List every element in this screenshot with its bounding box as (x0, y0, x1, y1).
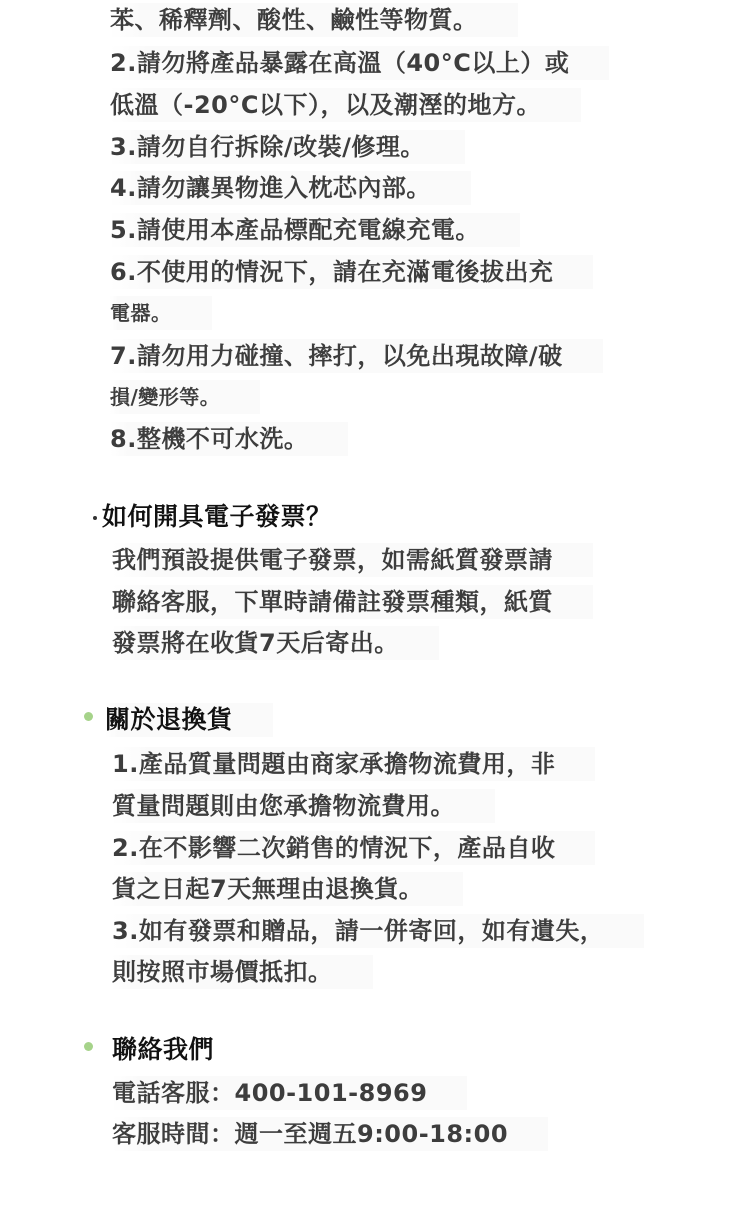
invoice-line: 發票將在收貨7天后寄出。 (112, 626, 439, 660)
care-note-line: 苯、稀釋劑、酸性、鹼性等物質。 (110, 3, 518, 37)
returns-item-2: 2.在不影響二次銷售的情況下，產品自收 (112, 831, 595, 865)
contact-phone: 電話客服：400-101-8969 (112, 1076, 467, 1110)
care-note-item-2-cont: 低溫（-20°C以下），以及潮溼的地方。 (110, 88, 581, 122)
contact-hours: 客服時間：週一至週五9:00-18:00 (112, 1117, 548, 1151)
returns-item-1: 1.產品質量問題由商家承擔物流費用，非 (112, 747, 595, 781)
care-note-item-3: 3.請勿自行拆除/改裝/修理。 (110, 130, 465, 164)
bullet-dot-icon (93, 516, 97, 520)
invoice-heading: 如何開具電子發票？ (102, 500, 372, 534)
returns-heading: 關於退換貨 (105, 703, 273, 737)
contact-heading: 聯絡我們 (112, 1033, 254, 1067)
care-note-item-7-cont: 損/變形等。 (110, 380, 260, 414)
care-note-item-2: 2.請勿將產品暴露在高溫（40°C以上）或 (110, 46, 609, 80)
green-bullet-icon (84, 1042, 93, 1051)
care-note-item-8: 8.整機不可水洗。 (110, 422, 348, 456)
returns-item-1-cont: 質量問題則由您承擔物流費用。 (112, 789, 495, 823)
care-note-item-7: 7.請勿用力碰撞、摔打，以免出現故障/破 (110, 339, 603, 373)
care-note-item-4: 4.請勿讓異物進入枕芯內部。 (110, 171, 471, 205)
green-bullet-icon (84, 712, 93, 721)
invoice-line: 我們預設提供電子發票，如需紙質發票請 (112, 543, 593, 577)
returns-item-3: 3.如有發票和贈品，請一併寄回，如有遺失， (112, 914, 644, 948)
care-note-item-6: 6.不使用的情況下，請在充滿電後拔出充 (110, 255, 593, 289)
returns-item-2-cont: 貨之日起7天無理由退換貨。 (112, 872, 463, 906)
invoice-line: 聯絡客服，下單時請備註發票種類，紙質 (112, 585, 593, 619)
care-note-item-5: 5.請使用本產品標配充電線充電。 (110, 213, 520, 247)
returns-item-3-cont: 則按照市場價抵扣。 (112, 955, 373, 989)
care-note-item-6-cont: 電器。 (110, 296, 212, 330)
